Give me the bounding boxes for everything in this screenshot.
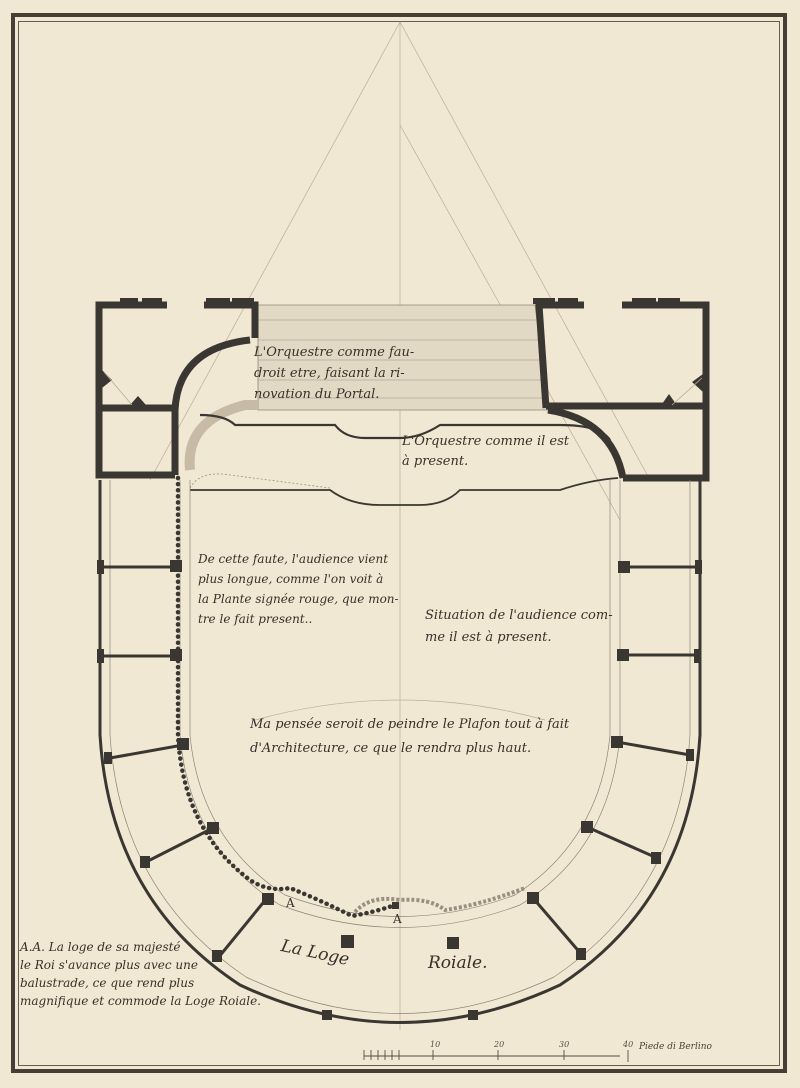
note-orchestra-present: L'Orquestre comme il est à present. [402, 432, 569, 472]
note-orchestra-proposed: L'Orquestre comme fau- droit etre, faisa… [254, 342, 414, 405]
present-balustrade [355, 888, 525, 912]
marker-a-left: A [286, 896, 295, 910]
scale-tick-40: 40 [623, 1040, 633, 1049]
construction-lines [150, 22, 650, 1030]
scale-unit-label: Piede di Berlino [639, 1042, 712, 1052]
right-block-details [533, 298, 703, 404]
note-royal-box: A.A. La loge de sa majesté le Roi s'avan… [20, 938, 261, 1010]
note-audience-extended: De cette faute, l'audience vient plus lo… [198, 549, 399, 629]
marker-a-right: A [393, 912, 402, 926]
scale-tick-20: 20 [494, 1040, 504, 1049]
scale-bar [364, 1050, 628, 1062]
note-audience-present: Situation de l'audience com- me il est à… [425, 605, 613, 649]
scale-tick-10: 10 [430, 1040, 440, 1049]
proposed-balustrade-dots [178, 478, 395, 916]
label-royal-box-2: Roiale. [428, 954, 488, 974]
scale-tick-30: 30 [559, 1040, 569, 1049]
note-ceiling: Ma pensée seroit de peindre le Plafon to… [250, 713, 569, 761]
